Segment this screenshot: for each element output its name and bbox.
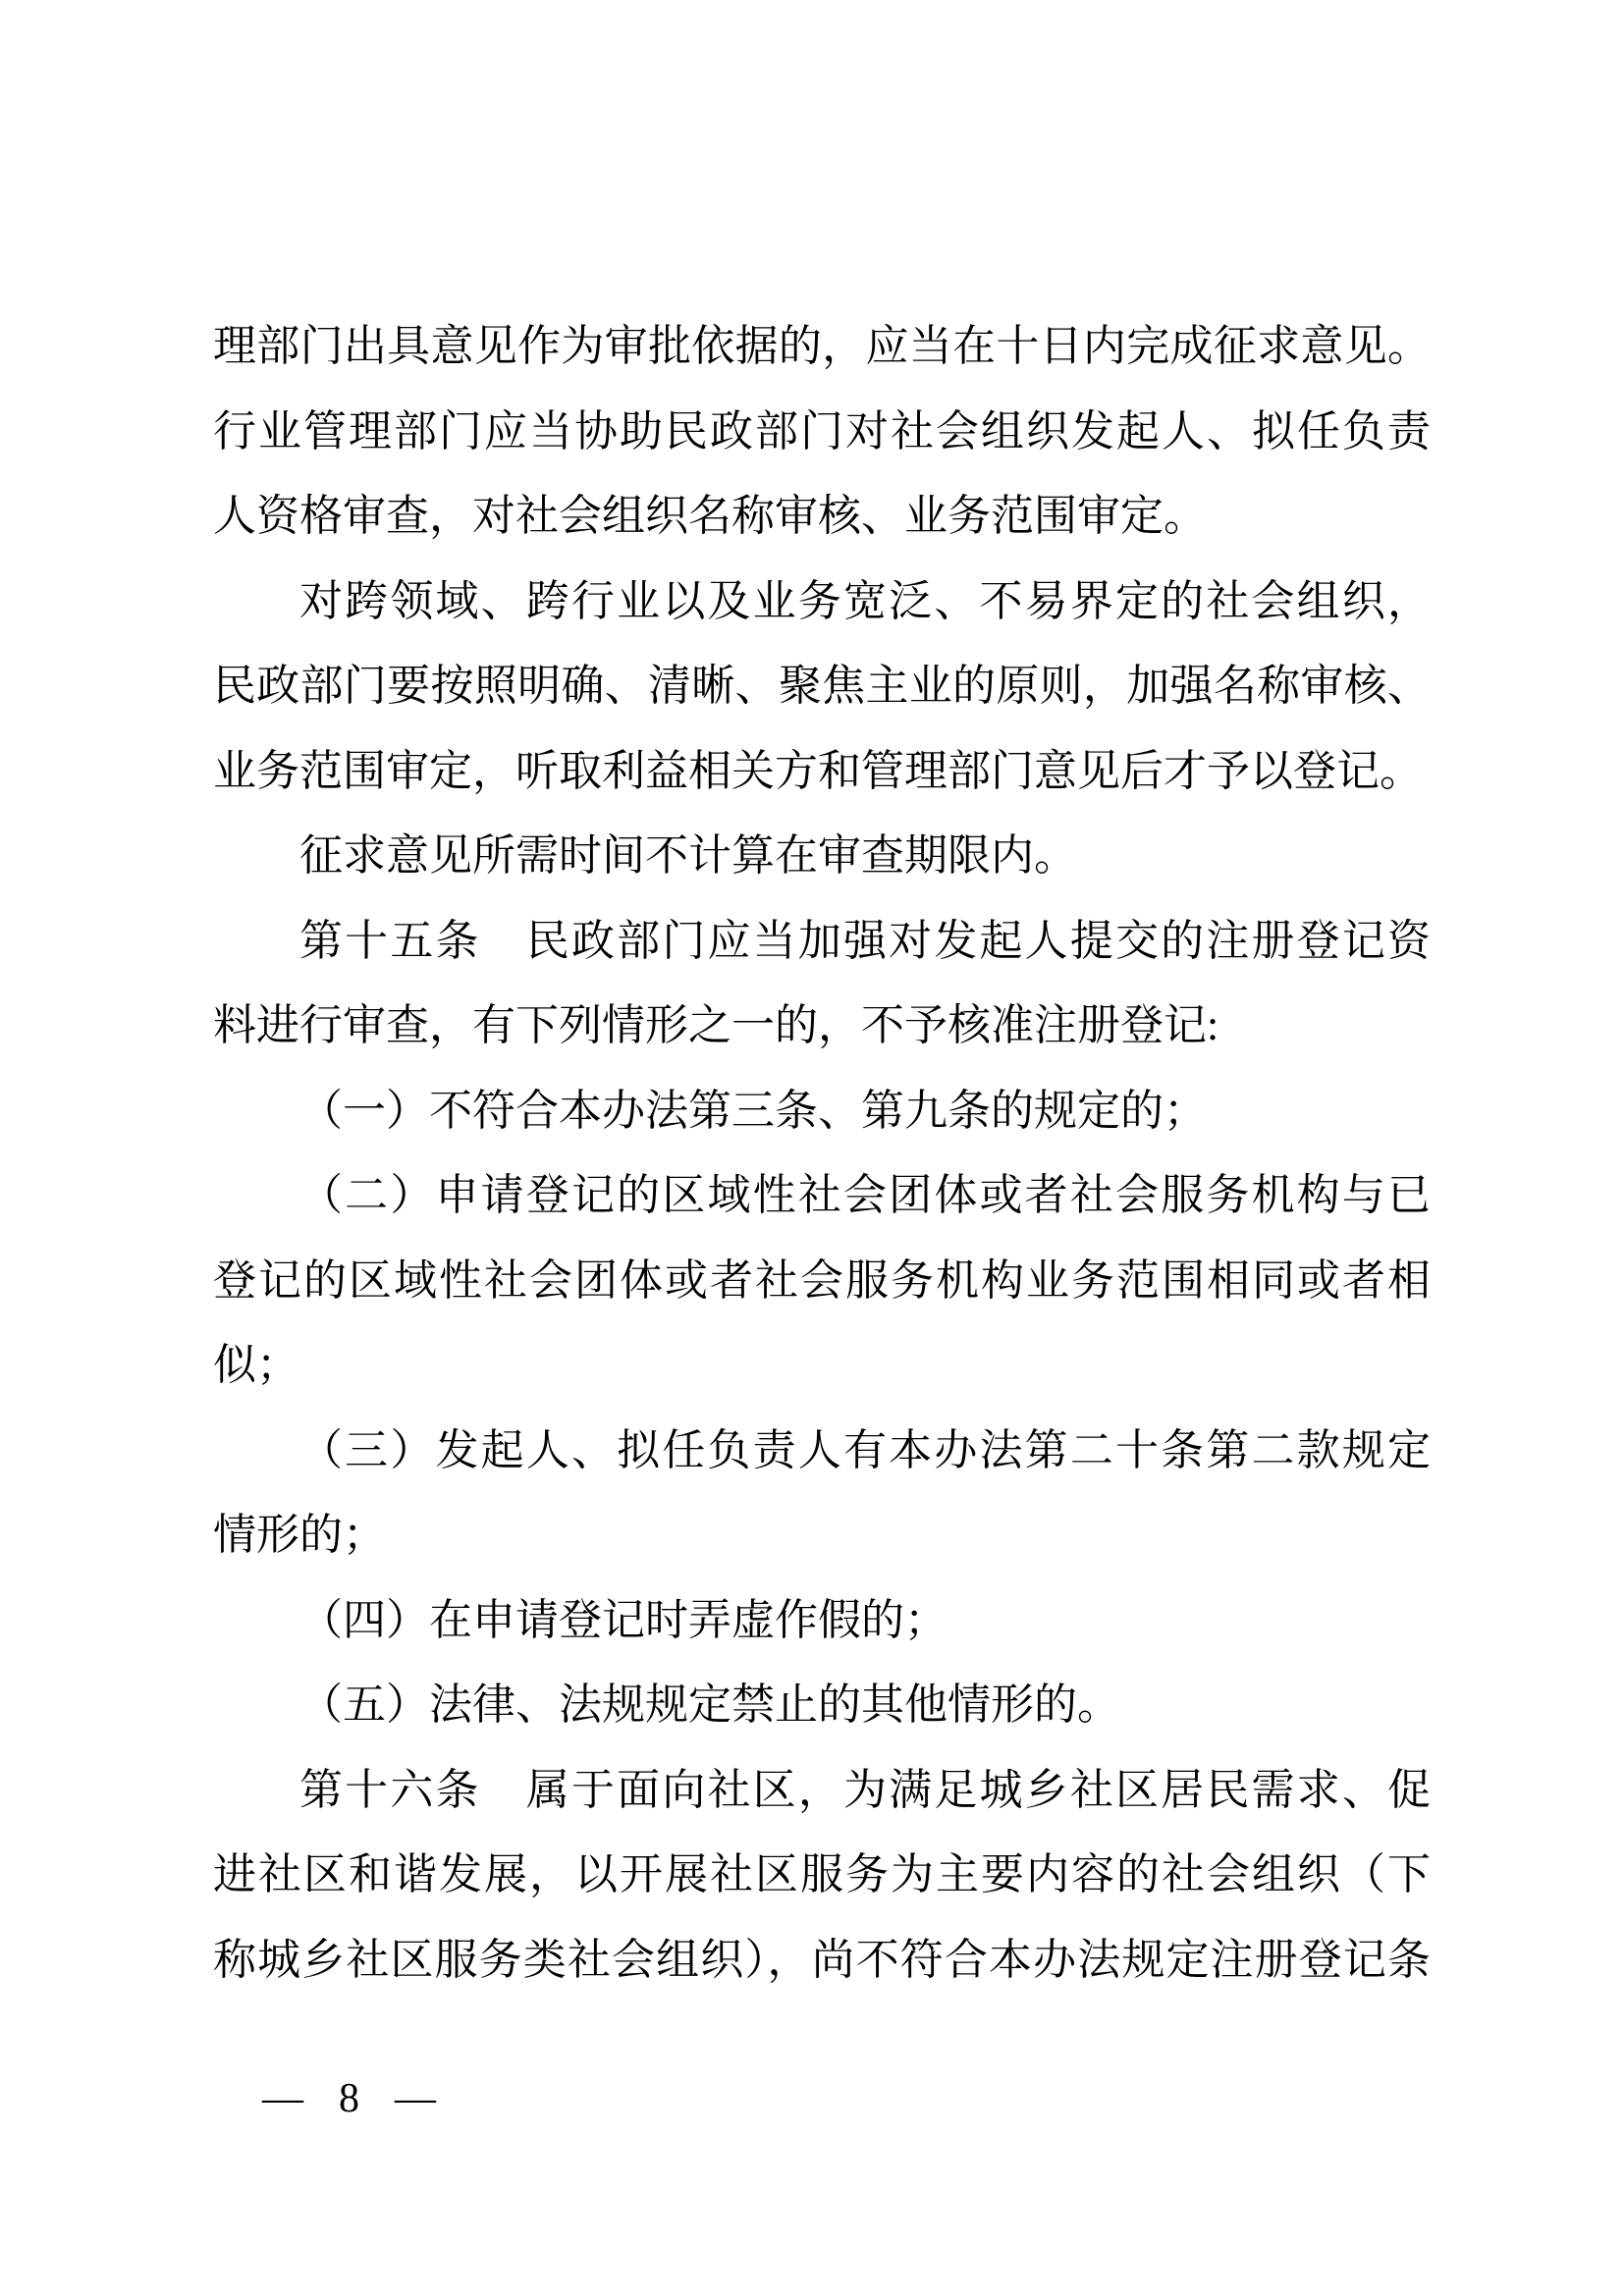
text-line: 情形的； (213, 1493, 1431, 1578)
text-line: 对跨领域、跨行业以及业务宽泛、不易界定的社会组织， (213, 560, 1431, 645)
footer-dash-left: — (262, 2075, 303, 2122)
footer-dash-right: — (395, 2075, 436, 2122)
text-line: 征求意见所需时间不计算在审查期限内。 (213, 814, 1431, 899)
text-line: 第十五条 民政部门应当加强对发起人提交的注册登记资 (213, 899, 1431, 985)
document-page: 理部门出具意见作为审批依据的，应当在十日内完成征求意见。行业管理部门应当协助民政… (0, 0, 1624, 2296)
page-number: 8 (339, 2075, 359, 2122)
text-line: 第十六条 属于面向社区，为满足城乡社区居民需求、促 (213, 1748, 1431, 1834)
text-line: 称城乡社区服务类社会组织），尚不符合本办法规定注册登记条 (213, 1918, 1431, 2003)
page-footer: — 8 — (262, 2075, 436, 2122)
text-line: 登记的区域性社会团体或者社会服务机构业务范围相同或者相 (213, 1239, 1431, 1324)
text-line: （一）不符合本办法第三条、第九条的规定的； (213, 1069, 1431, 1154)
text-line: （二）申请登记的区域性社会团体或者社会服务机构与已 (213, 1153, 1431, 1239)
text-line: 进社区和谐发展，以开展社区服务为主要内容的社会组织（下 (213, 1833, 1431, 1918)
text-line: 似； (213, 1323, 1431, 1409)
text-line: 人资格审查，对社会组织名称审核、业务范围审定。 (213, 474, 1431, 560)
text-line: 业务范围审定，听取利益相关方和管理部门意见后才予以登记。 (213, 729, 1431, 815)
text-line: （四）在申请登记时弄虚作假的； (213, 1578, 1431, 1664)
document-body: 理部门出具意见作为审批依据的，应当在十日内完成征求意见。行业管理部门应当协助民政… (213, 304, 1431, 2002)
text-line: 民政部门要按照明确、清晰、聚焦主业的原则，加强名称审核、 (213, 644, 1431, 729)
text-line: 行业管理部门应当协助民政部门对社会组织发起人、拟任负责 (213, 390, 1431, 475)
text-line: （三）发起人、拟任负责人有本办法第二十条第二款规定 (213, 1409, 1431, 1494)
text-line: 理部门出具意见作为审批依据的，应当在十日内完成征求意见。 (213, 304, 1431, 390)
text-line: （五）法律、法规规定禁止的其他情形的。 (213, 1663, 1431, 1748)
text-line: 料进行审查，有下列情形之一的，不予核准注册登记: (213, 984, 1431, 1069)
